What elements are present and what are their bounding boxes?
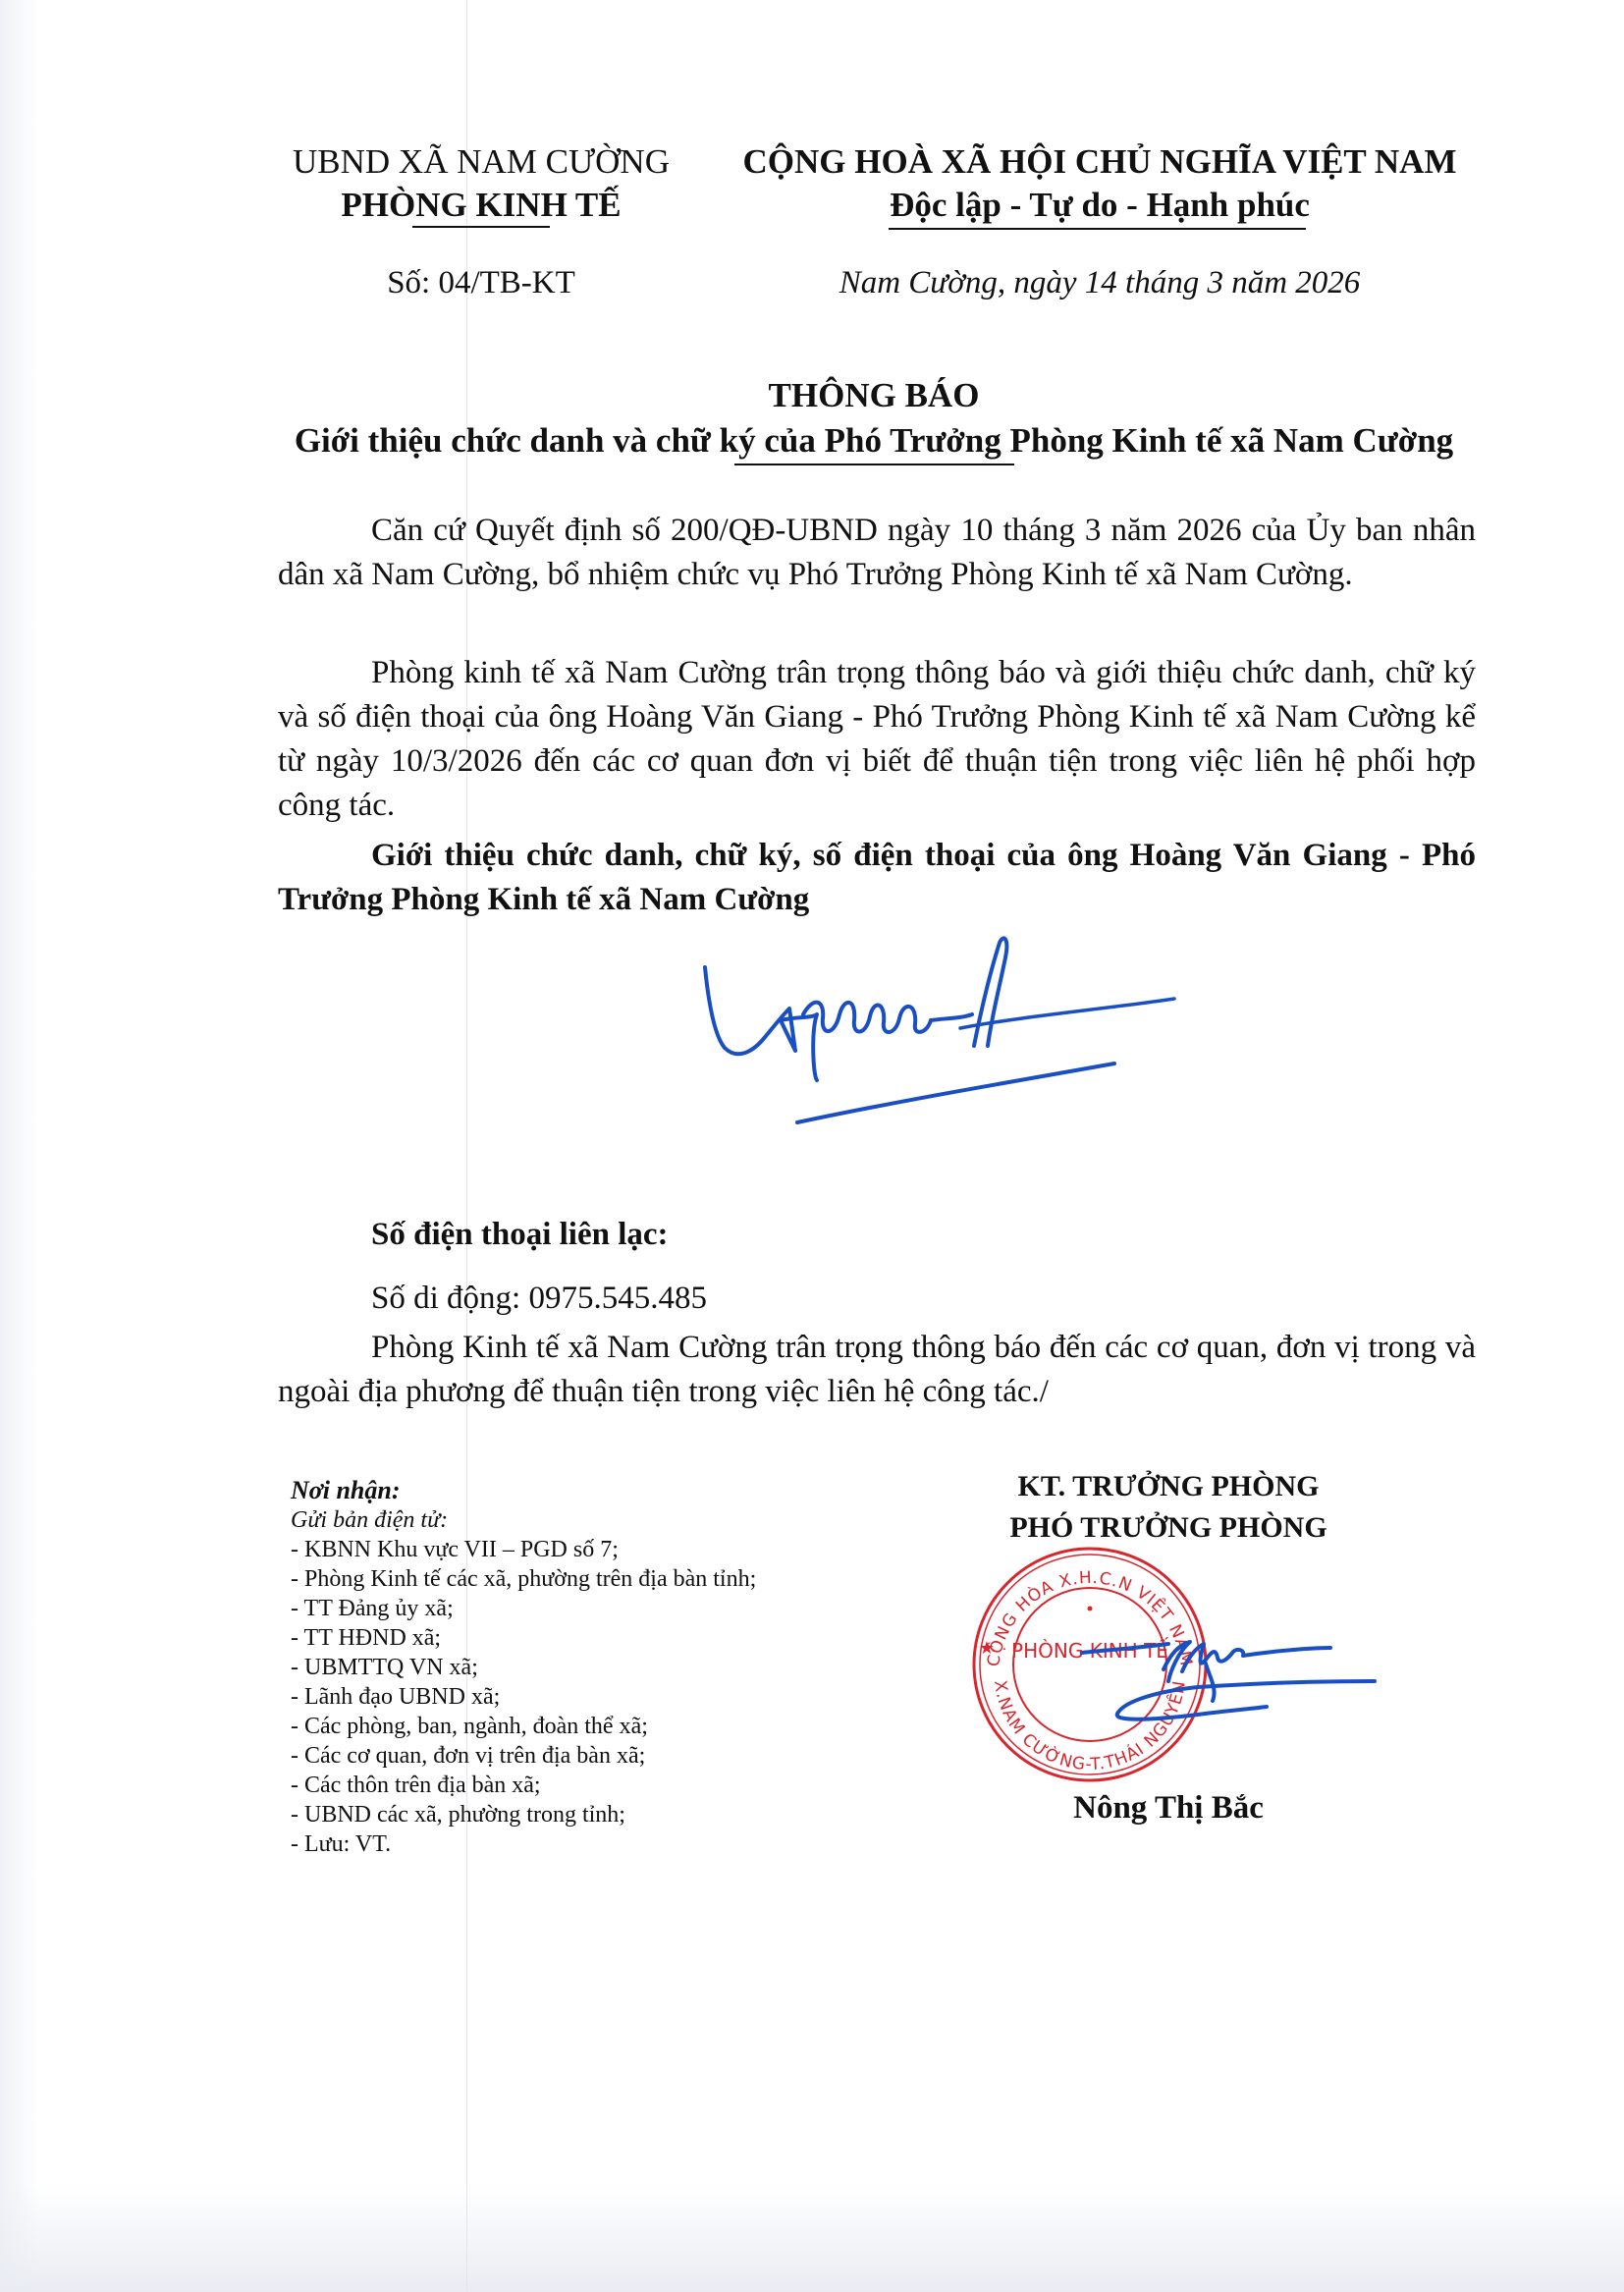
recipient-item: - Lưu: VT.	[291, 1829, 899, 1859]
recipient-item: - Các cơ quan, đơn vị trên địa bàn xã;	[291, 1741, 899, 1771]
recipient-item: - Phòng Kinh tế các xã, phường trên địa …	[291, 1564, 899, 1594]
motto-underline	[889, 228, 1306, 230]
scan-edge	[0, 2184, 1624, 2292]
title-subtitle: Giới thiệu chức danh và chữ ký của Phó T…	[255, 418, 1492, 464]
recipient-item: - Các phòng, ban, ngành, đoàn thể xã;	[291, 1712, 899, 1741]
signer-name: Nông Thị Bắc	[943, 1790, 1394, 1827]
recipient-item: - TT HĐND xã;	[291, 1623, 899, 1653]
scan-edge	[0, 0, 39, 2292]
signature-hoang-van-giang	[687, 938, 1198, 1144]
intro-heading: Giới thiệu chức danh, chữ ký, số điện th…	[278, 834, 1476, 922]
recipient-item: - UBND các xã, phường trong tỉnh;	[291, 1800, 899, 1829]
title-main: THÔNG BÁO	[255, 373, 1492, 418]
stamp-dot	[1088, 1607, 1093, 1611]
mobile-label: Số di động:	[371, 1281, 520, 1316]
agency-name: PHÒNG KINH TẾ	[265, 184, 697, 227]
phone-heading: Số điện thoại liên lạc:	[371, 1213, 1451, 1257]
recipients-subheading: Gửi bản điện tử:	[291, 1505, 899, 1535]
recipient-item: - Lãnh đạo UBND xã;	[291, 1682, 899, 1712]
closing-paragraph: Phòng Kinh tế xã Nam Cường trân trọng th…	[278, 1326, 1476, 1414]
agency-underline	[412, 226, 550, 228]
signature-on-behalf: KT. TRƯỞNG PHÒNG	[943, 1466, 1394, 1507]
agency-parent: UBND XÃ NAM CƯỜNG	[265, 140, 697, 184]
paragraph-basis: Căn cứ Quyết định số 200/QĐ-UBND ngày 10…	[278, 509, 1476, 597]
scan-fold-line	[466, 0, 467, 2292]
paragraph-announcement: Phòng kinh tế xã Nam Cường trân trọng th…	[278, 651, 1476, 828]
recipients-list: Nơi nhận: Gửi bản điện tử: - KBNN Khu vự…	[291, 1476, 899, 1859]
mobile-number[interactable]: 0975.545.485	[528, 1281, 707, 1316]
document-title: THÔNG BÁO Giới thiệu chức danh và chữ ký…	[255, 373, 1492, 464]
place-date: Nam Cường, ngày 14 tháng 3 năm 2026	[727, 265, 1473, 301]
recipient-item: - UBMTTQ VN xã;	[291, 1653, 899, 1682]
recipient-item: - KBNN Khu vực VII – PGD số 7;	[291, 1535, 899, 1564]
title-underline	[734, 464, 1014, 465]
agency-header: UBND XÃ NAM CƯỜNG PHÒNG KINH TẾ	[265, 140, 697, 227]
signature-nong-thi-bac	[1080, 1630, 1394, 1748]
recipient-item: - Các thôn trên địa bàn xã;	[291, 1771, 899, 1800]
national-title: CỘNG HOÀ XÃ HỘI CHỦ NGHĨA VIỆT NAM	[727, 140, 1473, 184]
stamp-star-icon: ★	[979, 1638, 995, 1658]
signature-block: KT. TRƯỞNG PHÒNG PHÓ TRƯỞNG PHÒNG	[943, 1466, 1394, 1549]
recipients-heading: Nơi nhận:	[291, 1476, 899, 1505]
recipient-item: - TT Đảng ủy xã;	[291, 1594, 899, 1623]
document-number: Số: 04/TB-KT	[265, 265, 697, 301]
mobile-line: Số di động: 0975.545.485	[371, 1277, 1451, 1321]
national-motto: Độc lập - Tự do - Hạnh phúc	[727, 184, 1473, 227]
national-header: CỘNG HOÀ XÃ HỘI CHỦ NGHĨA VIỆT NAM Độc l…	[727, 140, 1473, 227]
